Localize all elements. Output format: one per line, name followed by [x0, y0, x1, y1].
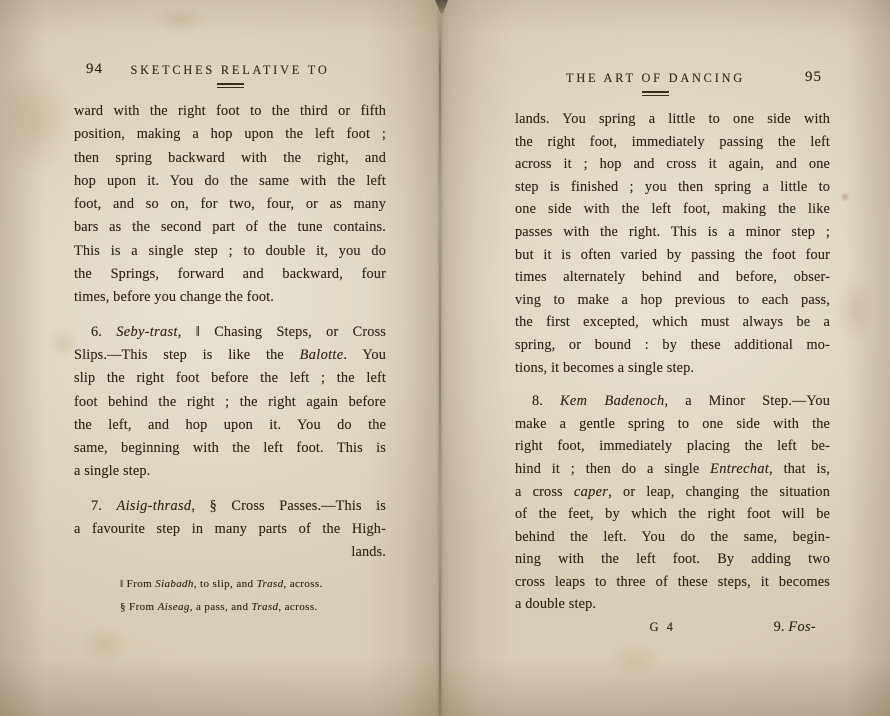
italic-text: Balotte [300, 347, 344, 363]
paragraph-continuation: lands. You spring a little to one side w… [515, 108, 830, 379]
paper-stain [595, 635, 675, 685]
paper-stain [838, 190, 852, 204]
text-line: hind it ; then do a single Entrechat, th… [515, 458, 830, 481]
text-line: spring, or bound : by these additional m… [515, 334, 830, 357]
paragraph-6-seby-trast: 6. Seby-trast, ‖ Chasing Steps, or Cross… [74, 321, 386, 484]
text-line: ning with the left foot. By adding two [515, 548, 830, 571]
header-rule [642, 91, 669, 96]
italic-text: Aiseag [158, 601, 190, 613]
text-line: position, making a hop upon the left foo… [74, 123, 386, 146]
page-number-95: 95 [805, 69, 822, 86]
text-line: but it is often varied by passing the fo… [515, 244, 830, 267]
text-line: ving to make a hop previous to each pass… [515, 289, 830, 312]
text-line: foot behind the right ; the right again … [74, 391, 386, 414]
footnotes: ‖ From Siabadh, to slip, and Trasd, acro… [120, 573, 386, 620]
paper-stain [140, 0, 220, 40]
catchword-word: Fos- [788, 619, 816, 635]
page-number-94: 94 [86, 61, 103, 78]
paper-stain [70, 615, 140, 675]
text-line: times alternately behind and before, obs… [515, 266, 830, 289]
text-line: slip the right foot before the left ; th… [74, 367, 386, 390]
text-line: a single step. [74, 460, 386, 483]
page-94: 94 SKETCHES RELATIVE TO ward with the ri… [74, 62, 386, 619]
text-line: the right foot, immediately passing the … [515, 131, 830, 154]
text-line: ‖ From Siabadh, to slip, and Trasd, acro… [120, 573, 386, 596]
text-line: lands. [74, 541, 386, 564]
text-line: § From Aiseag, a pass, and Trasd, across… [120, 596, 386, 619]
text-line: make a gentle spring to one side with th… [515, 413, 830, 436]
book-scan: 94 SKETCHES RELATIVE TO ward with the ri… [0, 0, 890, 716]
italic-text: Seby-trast [116, 324, 177, 340]
text-line: lands. You spring a little to one side w… [515, 108, 830, 131]
italic-text: Trasd [257, 578, 284, 590]
text-line: a cross caper, or leap, changing the sit… [515, 481, 830, 504]
running-title-left: SKETCHES RELATIVE TO [130, 63, 329, 77]
binding-thread [433, 0, 450, 14]
header-rule [217, 83, 244, 88]
text-line: the Springs, forward and backward, four [74, 263, 386, 286]
text-line: the first excepted, which must always be… [515, 311, 830, 334]
text-line: across it ; hop and cross it again, and … [515, 153, 830, 176]
text-line: 6. Seby-trast, ‖ Chasing Steps, or Cross [74, 321, 386, 344]
text-line: times, before you change the foot. [74, 286, 386, 309]
running-title-right: THE ART OF DANCING [566, 71, 745, 85]
text-line: one side with the left foot, making the … [515, 198, 830, 221]
paper-stain [825, 260, 885, 360]
binding-crease [439, 10, 441, 716]
signature-mark: G 4 [649, 620, 675, 635]
text-line: ward with the right foot to the third or… [74, 100, 386, 123]
text-line: bars as the second part of the tune cont… [74, 216, 386, 239]
italic-text: Trasd [252, 601, 279, 613]
text-line: a favourite step in many parts of the Hi… [74, 518, 386, 541]
catchword: 9. Fos- [675, 619, 830, 636]
italic-text: Entrechat [710, 461, 769, 477]
text-line: same, beginning with the left foot. This… [74, 437, 386, 460]
text-line: cross leaps to three of these steps, it … [515, 571, 830, 594]
page-94-header: 94 SKETCHES RELATIVE TO [74, 62, 386, 88]
text-line: hop upon it. You do the same with the le… [74, 170, 386, 193]
page-95-header: THE ART OF DANCING 95 [515, 70, 830, 96]
italic-text: Kem Badenoch [560, 393, 664, 409]
text-line: the left, and hop upon it. You do the [74, 414, 386, 437]
text-line: a double step. [515, 593, 830, 616]
text-line: right foot, immediately placing the left… [515, 435, 830, 458]
text-line: passes with the right. This is a minor s… [515, 221, 830, 244]
text-line: 8. Kem Badenoch, a Minor Step.—You [515, 390, 830, 413]
italic-text: caper [574, 484, 608, 500]
italic-text: Siabadh [155, 578, 194, 590]
catchword-number: 9. [774, 619, 789, 635]
text-line: tions, it becomes a single step. [515, 357, 830, 380]
page-footer: G 4 9. Fos- [515, 619, 830, 636]
text-line: 7. Aisig-thrasd, § Cross Passes.—This is [74, 495, 386, 518]
text-line: of the feet, by which the right foot wil… [515, 503, 830, 526]
text-line: Slips.—This step is like the Balotte. Yo… [74, 344, 386, 367]
paragraph-continuation: ward with the right foot to the third or… [74, 100, 386, 310]
text-line: step is finished ; you then spring a lit… [515, 176, 830, 199]
text-line: foot, and so on, for two, four, or as ma… [74, 193, 386, 216]
paragraph-8-kem-badenoch: 8. Kem Badenoch, a Minor Step.—Youmake a… [515, 390, 830, 616]
text-line: behind the left. You do the same, begin- [515, 526, 830, 549]
text-line: then spring backward with the right, and [74, 147, 386, 170]
text-line: This is a single step ; to double it, yo… [74, 240, 386, 263]
italic-text: Aisig-thrasd [117, 498, 192, 514]
page-95: THE ART OF DANCING 95 lands. You spring … [515, 70, 830, 636]
paragraph-7-aisig-thrasd: 7. Aisig-thrasd, § Cross Passes.—This is… [74, 495, 386, 565]
